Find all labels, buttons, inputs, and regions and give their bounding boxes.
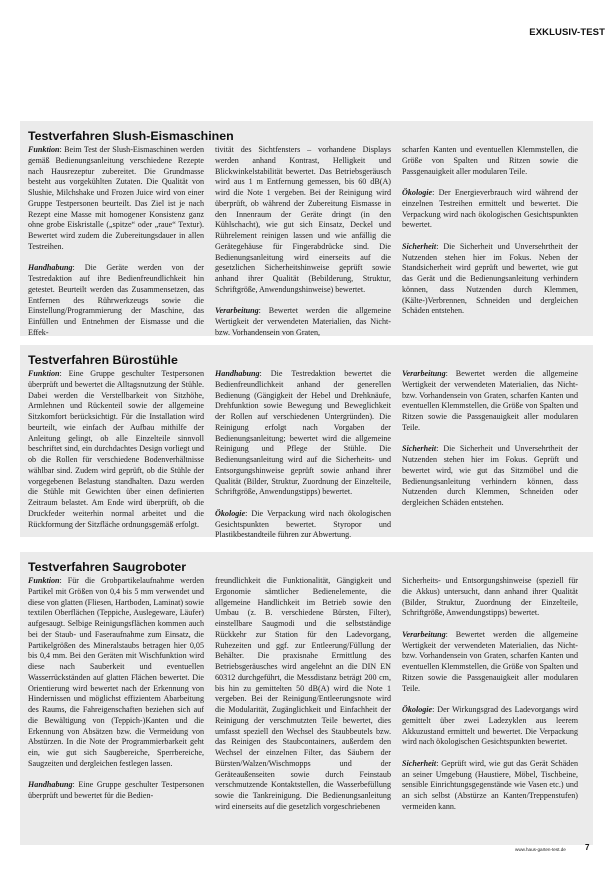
test-procedure-office-chairs: Testverfahren Bürostühle Funktion: Eine …: [20, 345, 593, 537]
column-3: scharfen Kanten und eventuellen Klemmste…: [402, 145, 578, 339]
paragraph-verarbeitung: Verarbeitung: Bewertet werden die allgem…: [402, 369, 578, 434]
column-3: Sicherheits- und Entsorgungshinweise (sp…: [402, 576, 578, 839]
text-columns: Funktion: Beim Test der Slush-Eismaschin…: [28, 145, 585, 330]
paragraph-continued: Sicherheits- und Entsorgungshinweise (sp…: [402, 576, 578, 619]
paragraph-sicherheit: Sicherheit: Die Sicherheit und Unversehr…: [402, 444, 578, 509]
paragraph-oekologie: Ökologie: Die Verpackung wird nach ökolo…: [215, 509, 391, 541]
footer-website-link[interactable]: www.haus-garten-test.de: [515, 847, 566, 852]
paragraph-handhabung: Handhabung: Die Geräte werden von der Te…: [28, 263, 204, 338]
section-tag: EXKLUSIV-TEST: [529, 27, 605, 38]
paragraph-sicherheit: Sicherheit: Geprüft wird, wie gut das Ge…: [402, 759, 578, 813]
paragraph-oekologie: Ökologie: Der Energieverbrauch wird währ…: [402, 188, 578, 231]
section-title: Testverfahren Saugroboter: [28, 560, 186, 575]
paragraph-verarbeitung: Verarbeitung: Bewertet werden die allgem…: [402, 630, 578, 695]
paragraph-funktion: Funktion: Beim Test der Slush-Eismaschin…: [28, 145, 204, 253]
column-2: freundlichkeit die Funktionalität, Gängi…: [215, 576, 391, 839]
text-columns: Funktion: Für die Grobpartikelaufnahme w…: [28, 576, 585, 839]
text-columns: Funktion: Eine Gruppe geschulter Testper…: [28, 369, 585, 531]
paragraph-sicherheit: Sicherheit: Die Sicherheit und Unversehr…: [402, 242, 578, 317]
paragraph-verarbeitung: Verarbeitung: Bewertet werden die allgem…: [215, 306, 391, 338]
column-2: Handhabung: Die Testredaktion bewertet d…: [215, 369, 391, 541]
paragraph-funktion: Funktion: Für die Grobpartikelaufnahme w…: [28, 576, 204, 770]
paragraph-handhabung: Handhabung: Die Testredaktion bewertet d…: [215, 369, 391, 498]
test-procedure-slush-machines: Testverfahren Slush-Eismaschinen Funktio…: [20, 121, 593, 336]
section-title: Testverfahren Slush-Eismaschinen: [28, 129, 234, 144]
paragraph-handhabung: Handhabung: Eine Gruppe geschulter Testp…: [28, 780, 204, 802]
column-2: tivität des Sichtfensters – vorhandene D…: [215, 145, 391, 339]
paragraph-continued: freundlichkeit die Funktionalität, Gängi…: [215, 576, 391, 813]
paragraph-continued: tivität des Sichtfensters – vorhandene D…: [215, 145, 391, 296]
paragraph-funktion: Funktion: Eine Gruppe geschulter Testper…: [28, 369, 204, 530]
section-title: Testverfahren Bürostühle: [28, 353, 178, 368]
column-1: Funktion: Beim Test der Slush-Eismaschin…: [28, 145, 204, 339]
test-procedure-robot-vacuums: Testverfahren Saugroboter Funktion: Für …: [20, 552, 593, 845]
column-1: Funktion: Eine Gruppe geschulter Testper…: [28, 369, 204, 541]
page-number: 7: [585, 843, 589, 852]
paragraph-oekologie: Ökologie: Der Wirkungsgrad des Ladevorga…: [402, 705, 578, 748]
column-3: Verarbeitung: Bewertet werden die allgem…: [402, 369, 578, 541]
column-1: Funktion: Für die Grobpartikelaufnahme w…: [28, 576, 204, 839]
paragraph-continued: scharfen Kanten und eventuellen Klemmste…: [402, 145, 578, 177]
